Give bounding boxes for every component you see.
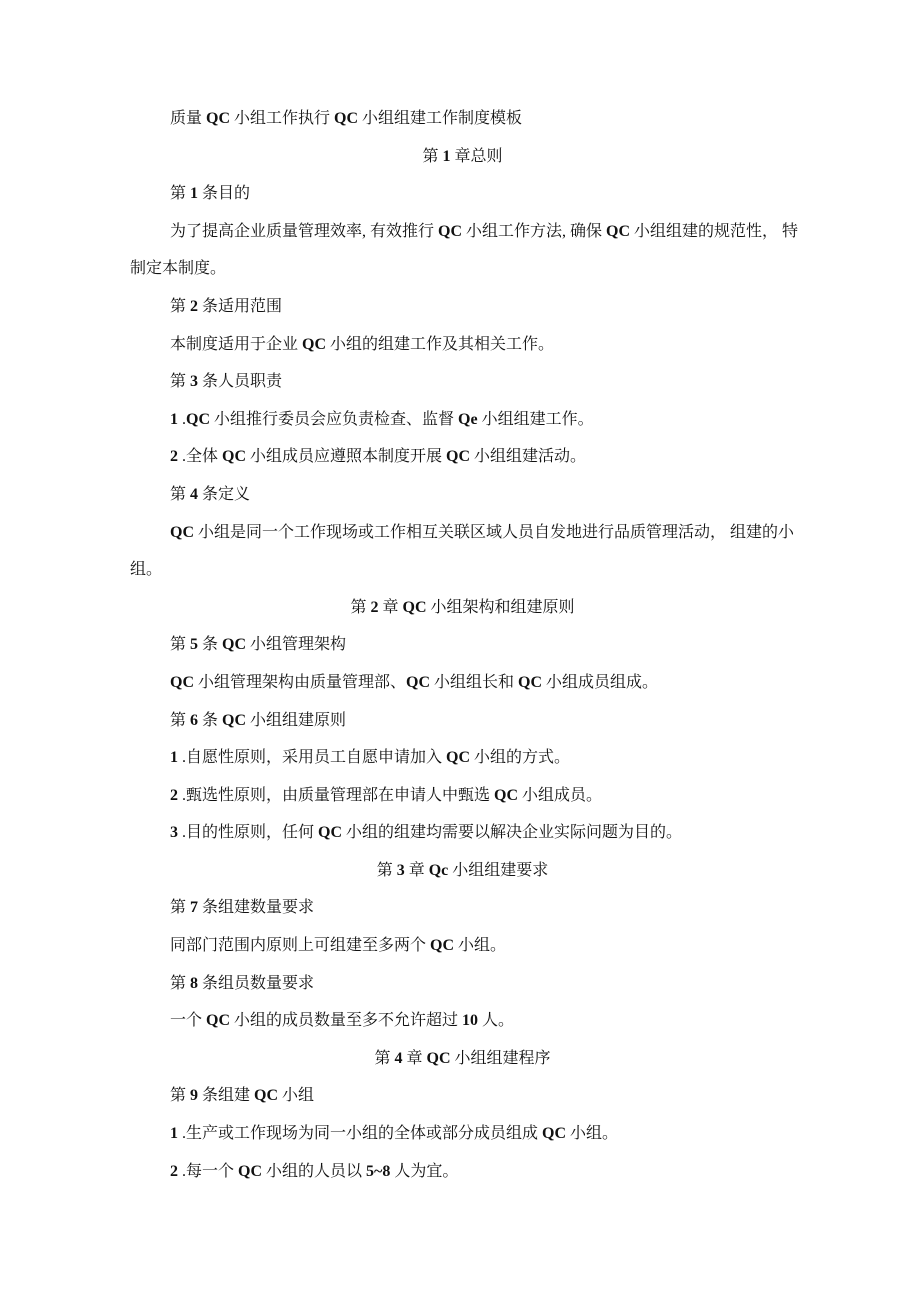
text-run: 小组的方式。 — [470, 749, 570, 766]
text-run: 小组。 — [566, 1125, 618, 1142]
bold-text-run: QC — [222, 636, 246, 653]
text-line: 第 1 章总则 — [130, 138, 795, 176]
text-run: 第 — [422, 148, 442, 165]
text-run: 小组。 — [454, 937, 506, 954]
bold-text-run: 5 — [190, 636, 198, 653]
bold-text-run: QC — [427, 1050, 451, 1067]
text-line: 第 9 条组建 QC 小组 — [130, 1077, 795, 1115]
text-line: 同部门范围内原则上可组建至多两个 QC 小组。 — [130, 927, 795, 965]
text-line: 第 8 条组员数量要求 — [130, 965, 795, 1003]
text-run: 小组工作执行 — [230, 110, 334, 127]
text-run: 条适用范围 — [198, 298, 282, 315]
text-line: 组。 — [130, 551, 795, 589]
text-run: 人为宜。 — [390, 1163, 458, 1180]
bold-text-run: QC — [238, 1163, 262, 1180]
bold-text-run: QC — [206, 1012, 230, 1029]
text-run: 章 — [378, 599, 402, 616]
text-run: 小组的人员以 — [262, 1163, 366, 1180]
text-line: 为了提高企业质量管理效率, 有效推行 QC 小组工作方法, 确保 QC 小组组建… — [130, 213, 795, 251]
bold-text-run: 9 — [190, 1087, 198, 1104]
text-line: 第 1 条目的 — [130, 175, 795, 213]
text-run: 条人员职责 — [198, 373, 282, 390]
text-line: 一个 QC 小组的成员数量至多不允许超过 10 人。 — [130, 1002, 795, 1040]
bold-text-run: 3 — [190, 373, 198, 390]
bold-text-run: 3 — [170, 824, 178, 841]
text-run: 小组推行委员会应负责检查、监督 — [210, 411, 458, 428]
text-run: 第 — [170, 636, 190, 653]
text-run: 小组成员组成。 — [542, 674, 658, 691]
bold-text-run: 4 — [190, 486, 198, 503]
bold-text-run: 2 — [170, 448, 178, 465]
text-run: 第 — [170, 975, 190, 992]
text-run: 条 — [198, 712, 222, 729]
bold-text-run: 5~8 — [366, 1163, 390, 1180]
text-run: 章 — [405, 862, 429, 879]
bold-text-run: QC — [302, 336, 326, 353]
document-body: 质量 QC 小组工作执行 QC 小组组建工作制度模板第 1 章总则第 1 条目的… — [0, 0, 920, 1190]
text-run: 第 — [170, 185, 190, 202]
text-line: 第 4 章 QC 小组组建程序 — [130, 1040, 795, 1078]
bold-text-run: QC — [430, 937, 454, 954]
bold-text-run: QC — [318, 824, 342, 841]
bold-text-run: 1 — [190, 185, 198, 202]
text-run: 小组组建程序 — [451, 1050, 551, 1067]
text-run: .每一个 — [178, 1163, 238, 1180]
bold-text-run: 1 — [443, 148, 451, 165]
text-run: 小组组建工作制度模板 — [358, 110, 522, 127]
bold-text-run: QC — [606, 223, 630, 240]
bold-text-run: QC — [222, 448, 246, 465]
bold-text-run: 10 — [462, 1012, 478, 1029]
text-run: 小组组长和 — [430, 674, 518, 691]
text-line: 第 6 条 QC 小组组建原则 — [130, 702, 795, 740]
text-run: .全体 — [178, 448, 222, 465]
text-run: 第 — [170, 486, 190, 503]
text-line: 本制度适用于企业 QC 小组的组建工作及其相关工作。 — [130, 326, 795, 364]
text-run: 小组管理架构 — [246, 636, 346, 653]
text-line: QC 小组是同一个工作现场或工作相互关联区域人员自发地进行品质管理活动， 组建的… — [130, 514, 795, 552]
bold-text-run: QC — [518, 674, 542, 691]
bold-text-run: QC — [170, 674, 194, 691]
document-page: 质量 QC 小组工作执行 QC 小组组建工作制度模板第 1 章总则第 1 条目的… — [0, 0, 920, 1301]
text-run: 小组管理架构由质量管理部、 — [194, 674, 406, 691]
text-run: 制定本制度。 — [130, 260, 226, 277]
text-run: 条 — [198, 636, 222, 653]
bold-text-run: QC — [254, 1087, 278, 1104]
bold-text-run: 2 — [190, 298, 198, 315]
bold-text-run: QC — [446, 749, 470, 766]
bold-text-run: 3 — [397, 862, 405, 879]
text-line: 第 4 条定义 — [130, 476, 795, 514]
text-line: QC 小组管理架构由质量管理部、QC 小组组长和 QC 小组成员组成。 — [130, 664, 795, 702]
text-run: 条组建 — [198, 1087, 254, 1104]
text-run: 小组架构和组建原则 — [427, 599, 575, 616]
bold-text-run: Qe — [458, 411, 478, 428]
bold-text-run: QC — [446, 448, 470, 465]
bold-text-run: QC — [334, 110, 358, 127]
text-run: .目的性原则，任何 — [178, 824, 318, 841]
text-run: 条定义 — [198, 486, 250, 503]
bold-text-run: 1 — [170, 749, 178, 766]
text-run: 章总则 — [451, 148, 503, 165]
text-run: 小组成员应遵照本制度开展 — [246, 448, 446, 465]
text-line: 质量 QC 小组工作执行 QC 小组组建工作制度模板 — [130, 100, 795, 138]
text-run: 小组组建要求 — [448, 862, 548, 879]
text-line: 第 2 章 QC 小组架构和组建原则 — [130, 589, 795, 627]
text-run: 小组是同一个工作现场或工作相互关联区域人员自发地进行品质管理活动， 组建的小 — [194, 524, 794, 541]
bold-text-run: 2 — [170, 787, 178, 804]
bold-text-run: 6 — [190, 712, 198, 729]
text-run: 小组的组建均需要以解决企业实际问题为目的。 — [342, 824, 682, 841]
text-run: 第 — [170, 373, 190, 390]
text-line: 1 .自愿性原则，采用员工自愿申请加入 QC 小组的方式。 — [130, 739, 795, 777]
bold-text-run: QC — [403, 599, 427, 616]
text-run: 小组工作方法, 确保 — [462, 223, 606, 240]
text-run: 小组成员。 — [518, 787, 602, 804]
text-run: 小组的组建工作及其相关工作。 — [326, 336, 554, 353]
text-run: . — [178, 411, 186, 428]
bold-text-run: 8 — [190, 975, 198, 992]
text-line: 第 2 条适用范围 — [130, 288, 795, 326]
text-run: 小组组建原则 — [246, 712, 346, 729]
text-line: 第 3 条人员职责 — [130, 363, 795, 401]
text-run: 条目的 — [198, 185, 250, 202]
text-run: 一个 — [170, 1012, 206, 1029]
text-line: 制定本制度。 — [130, 250, 795, 288]
text-run: 小组 — [278, 1087, 314, 1104]
text-run: .自愿性原则，采用员工自愿申请加入 — [178, 749, 446, 766]
text-run: 本制度适用于企业 — [170, 336, 302, 353]
text-run: 同部门范围内原则上可组建至多两个 — [170, 937, 430, 954]
bold-text-run: 7 — [190, 899, 198, 916]
text-line: 2 .甄选性原则，由质量管理部在申请人中甄选 QC 小组成员。 — [130, 777, 795, 815]
text-run: 章 — [402, 1050, 426, 1067]
text-run: 人。 — [478, 1012, 514, 1029]
text-line: 第 7 条组建数量要求 — [130, 889, 795, 927]
text-run: 为了提高企业质量管理效率, 有效推行 — [170, 223, 438, 240]
text-run: 第 — [377, 862, 397, 879]
text-run: .甄选性原则，由质量管理部在申请人中甄选 — [178, 787, 494, 804]
bold-text-run: QC — [206, 110, 230, 127]
text-run: 第 — [170, 298, 190, 315]
text-run: 条组建数量要求 — [198, 899, 314, 916]
text-run: .生产或工作现场为同一小组的全体或部分成员组成 — [178, 1125, 542, 1142]
bold-text-run: QC — [170, 524, 194, 541]
text-run: 小组组建工作。 — [478, 411, 594, 428]
text-line: 3 .目的性原则，任何 QC 小组的组建均需要以解决企业实际问题为目的。 — [130, 814, 795, 852]
bold-text-run: QC — [406, 674, 430, 691]
text-run: 第 — [170, 1087, 190, 1104]
text-line: 1 .生产或工作现场为同一小组的全体或部分成员组成 QC 小组。 — [130, 1115, 795, 1153]
text-run: 第 — [374, 1050, 394, 1067]
text-run: 第 — [170, 712, 190, 729]
text-run: 组。 — [130, 561, 162, 578]
text-run: 第 — [170, 899, 190, 916]
text-line: 1 .QC 小组推行委员会应负责检查、监督 Qe 小组组建工作。 — [130, 401, 795, 439]
bold-text-run: 1 — [170, 1125, 178, 1142]
text-run: 质量 — [170, 110, 206, 127]
text-run: 条组员数量要求 — [198, 975, 314, 992]
text-line: 第 3 章 Qc 小组组建要求 — [130, 852, 795, 890]
bold-text-run: 1 — [170, 411, 178, 428]
text-run: 第 — [350, 599, 370, 616]
text-run: 小组的成员数量至多不允许超过 — [230, 1012, 462, 1029]
bold-text-run: QC — [542, 1125, 566, 1142]
bold-text-run: QC — [438, 223, 462, 240]
bold-text-run: Qc — [429, 862, 449, 879]
bold-text-run: QC — [186, 411, 210, 428]
bold-text-run: 2 — [170, 1163, 178, 1180]
text-run: 小组组建活动。 — [470, 448, 586, 465]
text-line: 2 .全体 QC 小组成员应遵照本制度开展 QC 小组组建活动。 — [130, 438, 795, 476]
text-run: 小组组建的规范性， 特 — [630, 223, 798, 240]
text-line: 第 5 条 QC 小组管理架构 — [130, 626, 795, 664]
bold-text-run: QC — [494, 787, 518, 804]
bold-text-run: QC — [222, 712, 246, 729]
text-line: 2 .每一个 QC 小组的人员以 5~8 人为宜。 — [130, 1153, 795, 1191]
